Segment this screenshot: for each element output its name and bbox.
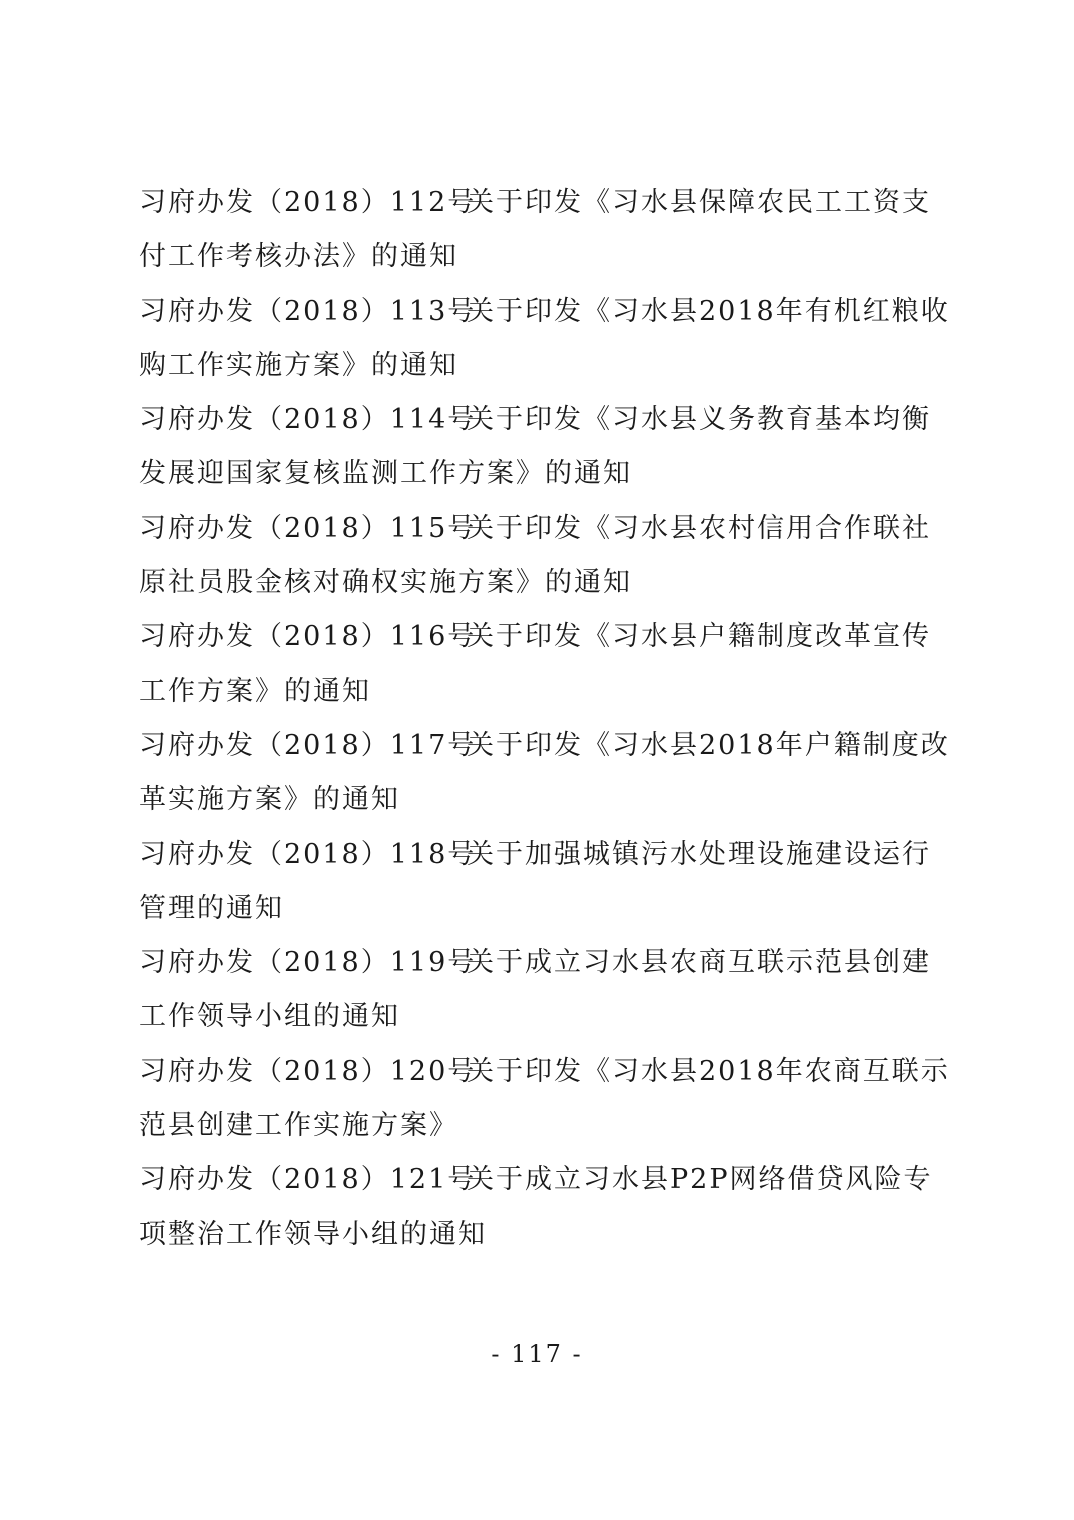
document-title-part2: 原社员股金核对确权实施方案》的通知 bbox=[139, 556, 939, 610]
document-page: 习府办发（2018）112号关于印发《习水县保障农民工工资支 付工作考核办法》的… bbox=[0, 0, 1074, 1520]
document-title-part2: 付工作考核办法》的通知 bbox=[139, 230, 939, 284]
document-title-part1: 关于成立习水县农商互联示范县创建 bbox=[467, 947, 931, 978]
document-title-part2: 项整治工作领导小组的通知 bbox=[139, 1208, 939, 1262]
entry-first-line: 习府办发（2018）119号关于成立习水县农商互联示范县创建 bbox=[139, 936, 939, 990]
document-title-part2: 工作领导小组的通知 bbox=[139, 990, 939, 1044]
document-entry: 习府办发（2018）114号关于印发《习水县义务教育基本均衡 发展迎国家复核监测… bbox=[139, 393, 939, 502]
entry-first-line: 习府办发（2018）116号关于印发《习水县户籍制度改革宣传 bbox=[139, 610, 939, 664]
document-entry: 习府办发（2018）119号关于成立习水县农商互联示范县创建 工作领导小组的通知 bbox=[139, 936, 939, 1045]
document-title-part1: 关于成立习水县P2P网络借贷风险专 bbox=[467, 1164, 933, 1195]
document-number: 习府办发（2018）119号 bbox=[139, 936, 467, 990]
entry-first-line: 习府办发（2018）118号关于加强城镇污水处理设施建设运行 bbox=[139, 828, 939, 882]
document-number: 习府办发（2018）121号 bbox=[139, 1153, 467, 1207]
document-title-part2: 购工作实施方案》的通知 bbox=[139, 339, 939, 393]
document-title-part2: 范县创建工作实施方案》 bbox=[139, 1099, 939, 1153]
document-number: 习府办发（2018）115号 bbox=[139, 502, 467, 556]
document-title-part1: 关于印发《习水县2018年农商互联示 bbox=[467, 1056, 950, 1087]
document-entry: 习府办发（2018）120号关于印发《习水县2018年农商互联示 范县创建工作实… bbox=[139, 1045, 939, 1154]
document-number: 习府办发（2018）117号 bbox=[139, 719, 467, 773]
document-entry: 习府办发（2018）115号关于印发《习水县农村信用合作联社 原社员股金核对确权… bbox=[139, 502, 939, 611]
document-title-part1: 关于印发《习水县2018年户籍制度改 bbox=[467, 730, 950, 761]
document-number: 习府办发（2018）113号 bbox=[139, 285, 467, 339]
document-entry: 习府办发（2018）117号关于印发《习水县2018年户籍制度改 革实施方案》的… bbox=[139, 719, 939, 828]
document-number: 习府办发（2018）120号 bbox=[139, 1045, 467, 1099]
document-entry: 习府办发（2018）113号关于印发《习水县2018年有机红粮收 购工作实施方案… bbox=[139, 285, 939, 394]
document-entry: 习府办发（2018）116号关于印发《习水县户籍制度改革宣传 工作方案》的通知 bbox=[139, 610, 939, 719]
document-title-part1: 关于印发《习水县义务教育基本均衡 bbox=[467, 404, 931, 435]
document-entry: 习府办发（2018）112号关于印发《习水县保障农民工工资支 付工作考核办法》的… bbox=[139, 176, 939, 285]
document-number: 习府办发（2018）112号 bbox=[139, 176, 467, 230]
entry-first-line: 习府办发（2018）115号关于印发《习水县农村信用合作联社 bbox=[139, 502, 939, 556]
entry-first-line: 习府办发（2018）121号关于成立习水县P2P网络借贷风险专 bbox=[139, 1153, 939, 1207]
entry-first-line: 习府办发（2018）113号关于印发《习水县2018年有机红粮收 bbox=[139, 285, 939, 339]
document-title-part1: 关于印发《习水县农村信用合作联社 bbox=[467, 513, 931, 544]
document-title-part1: 关于印发《习水县2018年有机红粮收 bbox=[467, 296, 950, 327]
document-title-part2: 管理的通知 bbox=[139, 882, 939, 936]
document-entry: 习府办发（2018）118号关于加强城镇污水处理设施建设运行 管理的通知 bbox=[139, 828, 939, 937]
entry-first-line: 习府办发（2018）112号关于印发《习水县保障农民工工资支 bbox=[139, 176, 939, 230]
document-number: 习府办发（2018）116号 bbox=[139, 610, 467, 664]
entry-first-line: 习府办发（2018）114号关于印发《习水县义务教育基本均衡 bbox=[139, 393, 939, 447]
document-title-part1: 关于印发《习水县户籍制度改革宣传 bbox=[467, 621, 931, 652]
document-title-part1: 关于加强城镇污水处理设施建设运行 bbox=[467, 839, 931, 870]
document-title-part2: 工作方案》的通知 bbox=[139, 665, 939, 719]
document-title-part1: 关于印发《习水县保障农民工工资支 bbox=[467, 187, 931, 218]
document-entry: 习府办发（2018）121号关于成立习水县P2P网络借贷风险专 项整治工作领导小… bbox=[139, 1153, 939, 1262]
document-list: 习府办发（2018）112号关于印发《习水县保障农民工工资支 付工作考核办法》的… bbox=[139, 176, 939, 1262]
document-number: 习府办发（2018）118号 bbox=[139, 828, 467, 882]
document-title-part2: 革实施方案》的通知 bbox=[139, 773, 939, 827]
document-title-part2: 发展迎国家复核监测工作方案》的通知 bbox=[139, 447, 939, 501]
entry-first-line: 习府办发（2018）120号关于印发《习水县2018年农商互联示 bbox=[139, 1045, 939, 1099]
entry-first-line: 习府办发（2018）117号关于印发《习水县2018年户籍制度改 bbox=[139, 719, 939, 773]
page-number: - 117 - bbox=[0, 1340, 1074, 1368]
document-number: 习府办发（2018）114号 bbox=[139, 393, 467, 447]
